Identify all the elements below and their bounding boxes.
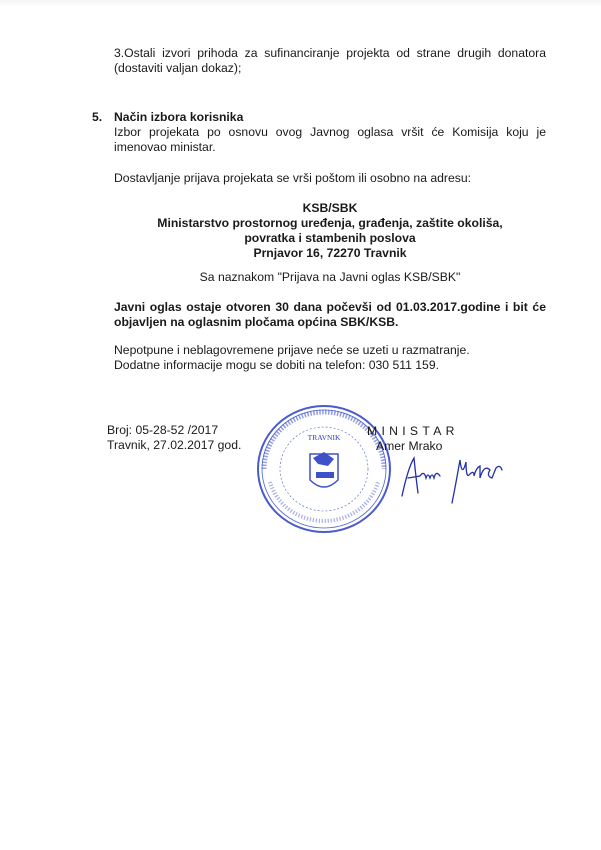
stamp-city: TRAVNIK <box>308 433 341 442</box>
notice-line1: Javni oglas ostaje otvoren 30 dana počev… <box>114 300 546 315</box>
delivery-text: Dostavljanje prijava projekata se vrši p… <box>114 171 471 186</box>
info-line1: Nepotpune i neblagovremene prijave neće … <box>114 343 470 358</box>
minister-title: MINISTAR <box>367 424 459 439</box>
section-body-line2: imenovao ministar. <box>114 140 216 155</box>
address-line1: KSB/SBK <box>114 201 546 216</box>
scan-edge <box>0 0 601 6</box>
document-number: Broj: 05-28-52 /2017 <box>107 423 218 438</box>
mark-text: Sa naznakom "Prijava na Javni oglas KSB/… <box>114 270 546 285</box>
official-stamp-icon: TRAVNIK <box>254 402 394 537</box>
address-line2: Ministarstvo prostornog uređenja, građen… <box>114 216 546 231</box>
info-line2: Dodatne informacije mogu se dobiti na te… <box>114 358 439 373</box>
section-title: Način izbora korisnika <box>114 110 243 125</box>
notice-line2: objavljen na oglasnim pločama općina SBK… <box>114 315 398 330</box>
signature-icon <box>400 448 510 508</box>
place-date: Travnik, 27.02.2017 god. <box>107 438 241 453</box>
section-body-line1: Izbor projekata po osnovu ovog Javnog og… <box>114 125 546 140</box>
address-block: KSB/SBK Ministarstvo prostornog uređenja… <box>114 201 546 261</box>
item3-line1: 3.Ostali izvori prihoda za sufinanciranj… <box>114 46 546 61</box>
item3-line2: (dostaviti valjan dokaz); <box>114 61 241 76</box>
address-line3: povratka i stambenih poslova <box>114 231 546 246</box>
section-number: 5. <box>92 110 102 125</box>
address-line4: Prnjavor 16, 72270 Travnik <box>114 246 546 261</box>
